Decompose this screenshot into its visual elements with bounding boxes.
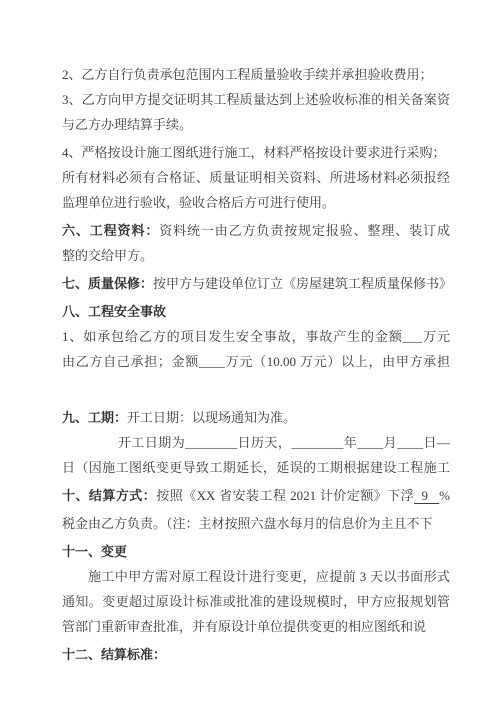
text-run: 4、严格按设计施工图纸进行施工，材料严格按设计要求进行采购； — [62, 145, 446, 160]
text-run: 1、如承包给乙方的项目发生安全事故，事故产生的金额___万元（10.00 万元）… — [62, 329, 450, 349]
doc-line-16: 十、结算方式：按照《XX 省安装工程 2021 计价定额》下浮 9 %后，进行结… — [62, 483, 450, 508]
text-run: 通知。变更超过原设计标准或批准的建设规模时，甲方应报规划管理部门和其他主 — [62, 594, 450, 614]
doc-line-20: 通知。变更超过原设计标准或批准的建设规模时，甲方应报规划管理部门和其他主 — [62, 589, 450, 614]
contract-text-body: 2、乙方自行负责承包范围内工程质量验收手续并承担验收费用；3、乙方向甲方提交证明… — [62, 62, 450, 667]
text-run: 由乙方自己承担；金额____万元（10.00 万元）以上，由甲方承担 70%，乙… — [62, 354, 450, 374]
doc-line-8: 整的交给甲方。 — [62, 243, 450, 268]
heading-run: 十、结算方式： — [62, 488, 156, 503]
text-run: 整的交给甲方。 — [62, 248, 153, 263]
doc-line-6: 监理单位进行验收，验收合格后方可进行使用。 — [62, 190, 450, 215]
doc-line-19: 施工中甲方需对原工程设计进行变更，应提前 3 天以书面形式向乙方发出变更 — [62, 564, 450, 589]
doc-line-5: 所有材料必须有合格证、质量证明相关资料、所进场材料必须报经现场管理人员及 — [62, 165, 450, 190]
text-run: 开工日期为________日历天，________年____月____日—___… — [62, 435, 450, 455]
heading-run: 八、工程安全事故 — [62, 304, 166, 319]
text-run: 与乙方办理结算手续。 — [62, 117, 192, 132]
text-run: 日（因施工图纸变更导致工期延长，延误的工期根据建设工程施工合同相应顺延） — [62, 460, 450, 480]
text-run: 所有材料必须有合格证、质量证明相关资料、所进场材料必须报经现场管理人员及 — [62, 170, 450, 190]
heading-run: 七、质量保修： — [62, 276, 153, 291]
doc-line-1: 2、乙方自行负责承包范围内工程质量验收手续并承担验收费用； — [62, 62, 450, 87]
doc-line-18: 十一、变更 — [62, 539, 450, 564]
doc-line-11: 1、如承包给乙方的项目发生安全事故，事故产生的金额___万元（10.00 万元）… — [62, 324, 450, 349]
doc-line-7: 六、工程资料：资料统一由乙方负责按规定报验、整理、装订成册，工程完工后完 — [62, 218, 450, 243]
heading-run: 六、工程资料： — [62, 223, 159, 238]
doc-line-3: 与乙方办理结算手续。 — [62, 112, 450, 137]
text-run: 监理单位进行验收，验收合格后方可进行使用。 — [62, 195, 335, 210]
doc-line-9: 七、质量保修：按甲方与建设单位订立《房屋建筑工程质量保修书》执行。 — [62, 271, 450, 296]
heading-run: 十一、变更 — [62, 544, 127, 559]
filled-blank-run: 9 — [414, 488, 439, 503]
doc-line-14: 开工日期为________日历天，________年____月____日—___… — [62, 430, 450, 455]
doc-line-22: 十二、结算标准： — [62, 642, 450, 667]
text-run: 管部门重新审查批准，并有原设计单位提供变更的相应图纸和说明。 — [62, 619, 426, 639]
text-run: 按照《XX 省安装工程 2021 计价定额》下浮 — [156, 488, 414, 503]
doc-line-12: 由乙方自己承担；金额____万元（10.00 万元）以上，由甲方承担 70%，乙… — [62, 349, 450, 374]
document-page: 2、乙方自行负责承包范围内工程质量验收手续并承担验收费用；3、乙方向甲方提交证明… — [0, 0, 500, 708]
text-run: 3、乙方向甲方提交证明其工程质量达到上述验收标准的相关备案资料后，甲方再行 — [62, 92, 450, 112]
doc-line-4: 4、严格按设计施工图纸进行施工，材料严格按设计要求进行采购； — [62, 140, 450, 165]
heading-run: 九、工期： — [62, 410, 127, 425]
doc-line-10: 八、工程安全事故 — [62, 299, 450, 324]
doc-line-2: 3、乙方向甲方提交证明其工程质量达到上述验收标准的相关备案资料后，甲方再行 — [62, 87, 450, 112]
text-run: 施工中甲方需对原工程设计进行变更，应提前 3 天以书面形式向乙方发出变更 — [62, 569, 450, 589]
doc-line-13: 九、工期：开工日期：以现场通知为准。 — [62, 405, 450, 430]
doc-line-21: 管部门重新审查批准，并有原设计单位提供变更的相应图纸和说明。 — [62, 614, 450, 639]
heading-run: 十二、结算标准： — [62, 647, 166, 662]
doc-line-15: 日（因施工图纸变更导致工期延长，延误的工期根据建设工程施工合同相应顺延） — [62, 455, 450, 480]
text-run: 2、乙方自行负责承包范围内工程质量验收手续并承担验收费用； — [62, 67, 433, 82]
text-run: 开工日期：以现场通知为准。 — [127, 410, 296, 425]
text-run: 税金由乙方负责。（注：主材按照六盘水每月的信息价为主且不下浮。） — [62, 516, 433, 536]
doc-line-17: 税金由乙方负责。（注：主材按照六盘水每月的信息价为主且不下浮。） — [62, 511, 450, 536]
